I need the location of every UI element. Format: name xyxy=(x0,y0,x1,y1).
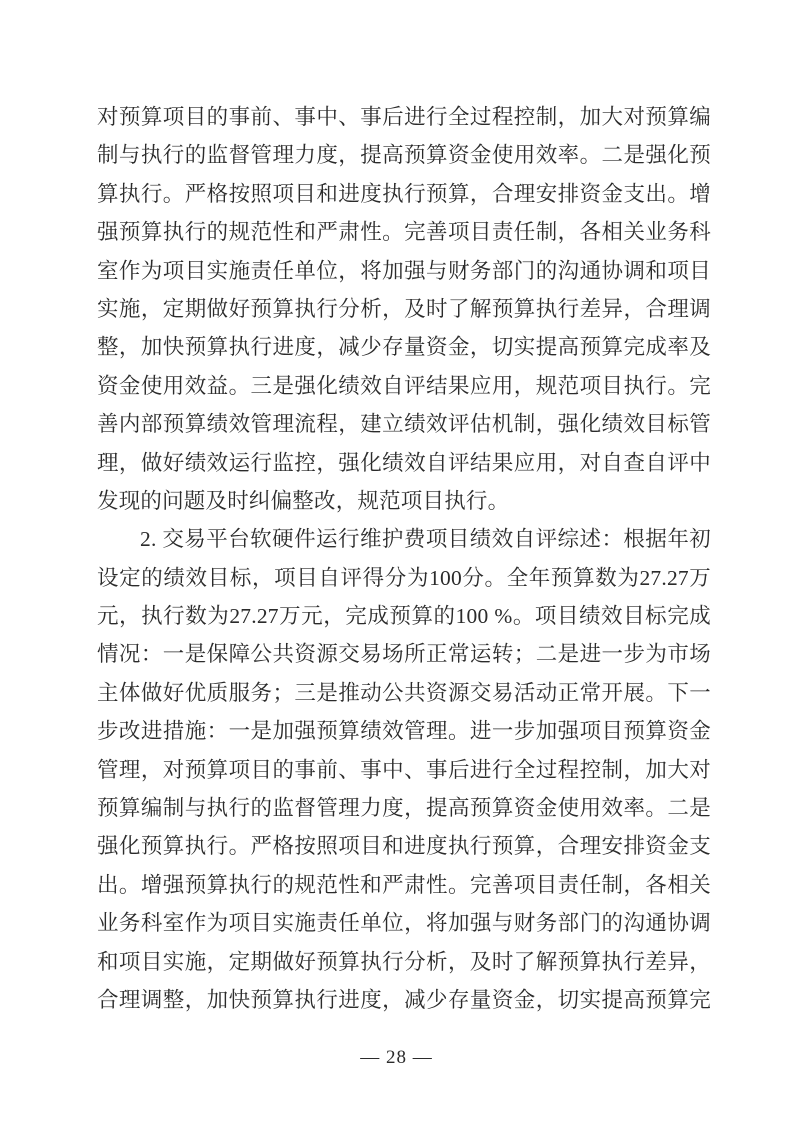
document-page: 对预算项目的事前、事中、事后进行全过程控制，加大对预算编制与执行的监督管理力度，… xyxy=(0,0,793,1122)
text-line: 算执行。严格按照项目和进度执行预算，合理安排资金支出。增 xyxy=(97,175,711,213)
text-line: 情况：一是保障公共资源交易场所正常运转；二是进一步为市场 xyxy=(97,635,711,673)
text-line: 发现的问题及时纠偏整改，规范项目执行。 xyxy=(97,482,711,520)
text-line: 强化预算执行。严格按照项目和进度执行预算，合理安排资金支 xyxy=(97,827,711,865)
paragraph: 2. 交易平台软硬件运行维护费项目绩效自评综述：根据年初设定的绩效目标，项目自评… xyxy=(97,520,711,1019)
text-line: 整，加快预算执行进度，减少存量资金，切实提高预算完成率及 xyxy=(97,328,711,366)
text-line: 主体做好优质服务；三是推动公共资源交易活动正常开展。下一 xyxy=(97,674,711,712)
text-line: 实施，定期做好预算执行分析，及时了解预算执行差异，合理调 xyxy=(97,290,711,328)
paragraph: 对预算项目的事前、事中、事后进行全过程控制，加大对预算编制与执行的监督管理力度，… xyxy=(97,98,711,520)
text-line: 对预算项目的事前、事中、事后进行全过程控制，加大对预算编 xyxy=(97,98,711,136)
page-number: — 28 — xyxy=(360,1047,433,1068)
text-line: 理，做好绩效运行监控，强化绩效自评结果应用，对自查自评中 xyxy=(97,444,711,482)
text-line: 善内部预算绩效管理流程，建立绩效评估机制，强化绩效目标管 xyxy=(97,405,711,443)
page-footer: — 28 — xyxy=(0,1047,793,1069)
text-line: 和项目实施，定期做好预算执行分析，及时了解预算执行差异， xyxy=(97,943,711,981)
text-line: 预算编制与执行的监督管理力度，提高预算资金使用效率。二是 xyxy=(97,789,711,827)
text-line: 2. 交易平台软硬件运行维护费项目绩效自评综述：根据年初 xyxy=(97,520,711,558)
text-line: 合理调整，加快预算执行进度，减少存量资金，切实提高预算完 xyxy=(97,981,711,1019)
text-line: 室作为项目实施责任单位，将加强与财务部门的沟通协调和项目 xyxy=(97,252,711,290)
document-body: 对预算项目的事前、事中、事后进行全过程控制，加大对预算编制与执行的监督管理力度，… xyxy=(97,98,711,1019)
text-line: 强预算执行的规范性和严肃性。完善项目责任制，各相关业务科 xyxy=(97,213,711,251)
text-line: 制与执行的监督管理力度，提高预算资金使用效率。二是强化预 xyxy=(97,136,711,174)
text-line: 资金使用效益。三是强化绩效自评结果应用，规范项目执行。完 xyxy=(97,367,711,405)
text-line: 元，执行数为27.27万元，完成预算的100 %。项目绩效目标完成 xyxy=(97,597,711,635)
text-line: 步改进措施：一是加强预算绩效管理。进一步加强项目预算资金 xyxy=(97,712,711,750)
text-line: 设定的绩效目标，项目自评得分为100分。全年预算数为27.27万 xyxy=(97,559,711,597)
text-line: 业务科室作为项目实施责任单位，将加强与财务部门的沟通协调 xyxy=(97,904,711,942)
text-line: 出。增强预算执行的规范性和严肃性。完善项目责任制，各相关 xyxy=(97,866,711,904)
text-line: 管理，对预算项目的事前、事中、事后进行全过程控制，加大对 xyxy=(97,751,711,789)
